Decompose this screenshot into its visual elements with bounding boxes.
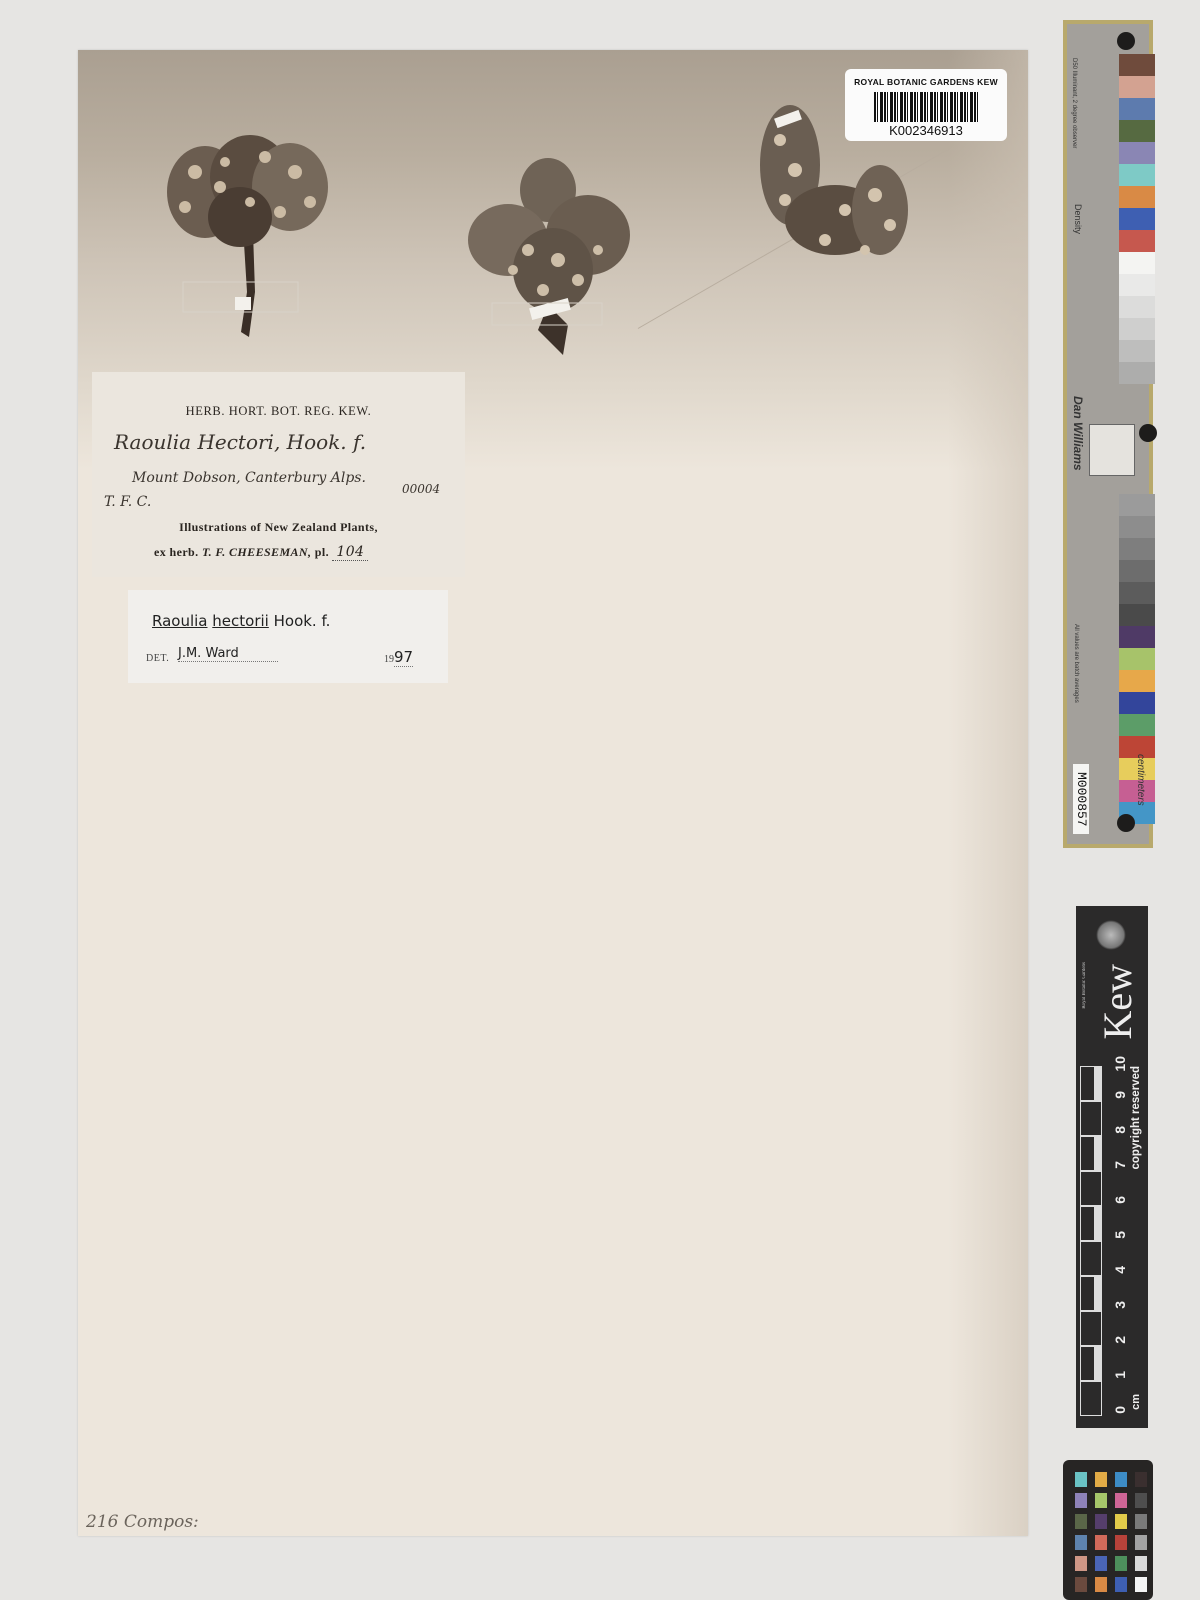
color-swatch [1119, 714, 1155, 736]
color-swatch [1119, 54, 1155, 76]
color-swatch [1119, 274, 1155, 296]
scale-unit: cm [1130, 1394, 1142, 1410]
determined-taxon: Raoulia hectorii Hook. f. [152, 612, 330, 630]
ruler-segment [1080, 1311, 1102, 1346]
ruler-tick-label: 7 [1112, 1161, 1128, 1169]
det-year-suffix: 97 [394, 648, 413, 667]
det-authority: Hook. f. [274, 612, 331, 630]
ruler-tick-label: 6 [1112, 1196, 1128, 1204]
checker-swatch [1115, 1577, 1127, 1592]
color-swatch [1119, 692, 1155, 714]
color-swatch [1119, 362, 1155, 384]
color-swatch [1119, 142, 1155, 164]
color-swatch [1119, 98, 1155, 120]
color-swatch [1119, 230, 1155, 252]
checker-swatch [1115, 1493, 1127, 1508]
color-swatch [1119, 164, 1155, 186]
color-swatch [1119, 186, 1155, 208]
checker-swatch [1075, 1577, 1087, 1592]
color-swatch [1119, 296, 1155, 318]
sheet-note: 216 Compos: [86, 1512, 199, 1532]
barcode-institution: ROYAL BOTANIC GARDENS KEW [845, 77, 1007, 87]
checker-swatch [1135, 1493, 1147, 1508]
ruler-segment [1080, 1346, 1102, 1381]
ruler-segment [1080, 1241, 1102, 1276]
strip-brand: Dan Williams [1071, 396, 1085, 471]
ruler-tick-label: 8 [1112, 1126, 1128, 1134]
strip-values-note: All values are batch averages [1073, 624, 1079, 703]
ruler-tick-label: 10 [1112, 1056, 1128, 1072]
checker-swatch [1115, 1514, 1127, 1529]
label-source-line: ex herb. T. F. CHEESEMAN, pl. 104 [154, 544, 368, 560]
ruler-segment [1080, 1381, 1102, 1416]
checker-swatch [1115, 1556, 1127, 1571]
strip-density-label: Density [1073, 204, 1083, 234]
barcode-icon [874, 92, 979, 122]
color-swatch [1119, 560, 1155, 582]
ruler-segment [1080, 1136, 1102, 1171]
ruler-tick-label: 5 [1112, 1231, 1128, 1239]
color-swatch [1119, 494, 1155, 516]
det-species: hectorii [212, 612, 269, 630]
checker-swatch [1075, 1514, 1087, 1529]
checker-swatch [1095, 1556, 1107, 1571]
checker-swatch [1135, 1472, 1147, 1487]
checker-swatch [1135, 1514, 1147, 1529]
plant-specimen-1 [165, 132, 335, 342]
label-header: HERB. HORT. BOT. REG. KEW. [92, 404, 465, 419]
ruler-segment [1080, 1171, 1102, 1206]
checker-swatch [1115, 1472, 1127, 1487]
checker-swatch [1095, 1514, 1107, 1529]
color-swatch [1119, 648, 1155, 670]
color-swatch [1119, 252, 1155, 274]
color-swatch [1119, 604, 1155, 626]
color-swatch [1119, 626, 1155, 648]
sheet-edge-discoloration [948, 50, 1028, 1536]
plate-number: 104 [332, 544, 368, 561]
color-checker-card [1063, 1460, 1153, 1600]
checker-swatch [1095, 1535, 1107, 1550]
strip-dot-top [1117, 32, 1135, 50]
checker-swatch [1075, 1556, 1087, 1571]
color-swatch [1119, 76, 1155, 98]
ruler-tick-label: 0 [1112, 1406, 1128, 1414]
checker-swatch [1075, 1472, 1087, 1487]
checker-swatch [1095, 1472, 1107, 1487]
strip-id-label: M000857 [1073, 764, 1089, 834]
checker-swatch [1095, 1493, 1107, 1508]
kew-subtitle: Royal Botanic Gardens [1082, 962, 1087, 1009]
ruler-tick-label: 1 [1112, 1371, 1128, 1379]
source-name: T. F. CHEESEMAN, [202, 545, 311, 559]
det-year-prefix: 19 [384, 654, 394, 665]
barcode-number: K002346913 [845, 123, 1007, 138]
ruler-segment [1080, 1206, 1102, 1241]
det-prefix: DET. [146, 653, 169, 664]
determiner-name: J.M. Ward [178, 646, 278, 662]
color-swatch [1119, 340, 1155, 362]
copyright-notice: copyright reserved [1130, 1066, 1142, 1170]
color-swatches-top [1119, 54, 1155, 384]
color-swatch [1119, 318, 1155, 340]
plant-specimen-2 [468, 155, 638, 360]
checker-swatch [1135, 1577, 1147, 1592]
ruler-segment [1080, 1276, 1102, 1311]
color-swatch [1119, 120, 1155, 142]
strip-bottom-label: centimeters [1135, 754, 1146, 806]
strip-illuminant-note: D50 Illuminant, 2 degree observer [1071, 58, 1077, 148]
handwritten-number: 00004 [402, 482, 440, 496]
ruler-tick-label: 4 [1112, 1266, 1128, 1274]
gray-swatches [1119, 494, 1155, 626]
checker-swatch [1135, 1556, 1147, 1571]
kew-crest-icon [1096, 920, 1126, 950]
checker-swatch [1075, 1535, 1087, 1550]
strip-dot-mid [1139, 424, 1157, 442]
ruler-tick-label: 3 [1112, 1301, 1128, 1309]
herbarium-label: HERB. HORT. BOT. REG. KEW. Raoulia Hecto… [92, 372, 465, 577]
color-swatch [1119, 538, 1155, 560]
ruler-segment [1080, 1101, 1102, 1136]
handwritten-taxon-name: Raoulia Hectori, Hook. f. [114, 430, 366, 454]
checker-swatch [1115, 1535, 1127, 1550]
kew-logo: Kew [1094, 964, 1141, 1040]
color-calibration-strip: inches D50 Illuminant, 2 degree observer… [1063, 20, 1153, 848]
strip-dot-bottom [1117, 814, 1135, 832]
det-genus: Raoulia [152, 612, 208, 630]
determination-label: Raoulia hectorii Hook. f. DET. J.M. Ward… [128, 590, 448, 683]
ruler-tick-label: 2 [1112, 1336, 1128, 1344]
checker-swatch [1135, 1535, 1147, 1550]
checker-swatch [1095, 1577, 1107, 1592]
color-swatch [1119, 582, 1155, 604]
ruler-tick-label: 9 [1112, 1091, 1128, 1099]
handwritten-locality: Mount Dobson, Canterbury Alps. [132, 470, 366, 486]
color-swatch [1119, 516, 1155, 538]
label-publication-line: Illustrations of New Zealand Plants, [92, 520, 465, 535]
ruler-segment [1080, 1066, 1102, 1101]
color-swatch [1119, 208, 1155, 230]
color-swatch [1119, 670, 1155, 692]
kew-scale-bar: Kew Royal Botanic Gardens copyright rese… [1076, 906, 1148, 1428]
plate-prefix: pl. [315, 545, 329, 559]
strip-inset-scale [1089, 424, 1135, 476]
handwritten-collector: T. F. C. [104, 494, 151, 510]
det-year: 1997 [384, 648, 413, 666]
checker-swatch [1075, 1493, 1087, 1508]
barcode-label: ROYAL BOTANIC GARDENS KEW K002346913 [845, 69, 1007, 141]
source-prefix: ex herb. [154, 545, 199, 559]
